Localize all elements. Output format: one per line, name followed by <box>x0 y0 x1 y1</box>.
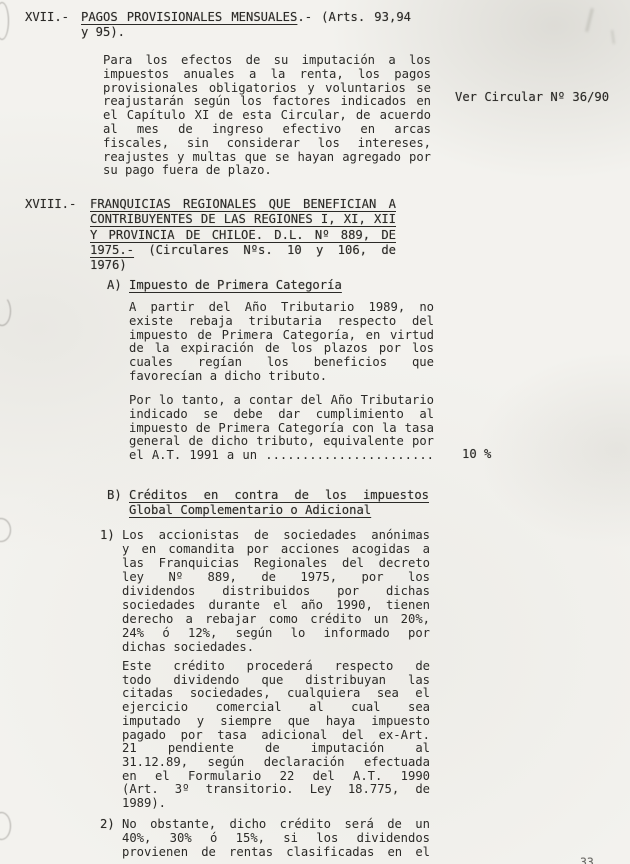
text-line: 31.12.89, según declaración efectuada <box>122 756 430 770</box>
text-line: Los accionistas de sociedades anónimas <box>122 528 430 542</box>
item-a-paragraph-2: Por lo tanto, a contar del Año Tributari… <box>129 394 434 463</box>
scan-artifact <box>0 296 11 326</box>
item-b-label: B) <box>107 488 122 502</box>
text-line: 40%, 30% ó 15%, si los dividendos <box>122 831 430 845</box>
text-line: 1976) <box>90 258 396 273</box>
text-line: reajustes y multas que se hayan agregado… <box>103 151 431 165</box>
text-line: impuesto de Primera Categoría con la tas… <box>129 422 434 436</box>
text-line: en el Formulario 22 del A.T. 1990 <box>122 770 430 784</box>
text-line: 1975.- (Circulares Nºs. 10 y 106, de <box>90 243 396 258</box>
text-line: Créditos en contra de los impuestos <box>129 488 429 503</box>
text-line: reajustarán según los factores indicados… <box>103 95 431 109</box>
scan-artifact <box>585 8 594 32</box>
text-line: indicado se debe dar cumplimiento al <box>129 408 434 422</box>
margin-note-rate: 10 % <box>462 447 491 461</box>
text-line: 1989). <box>122 797 430 811</box>
text-line: Impuesto de Primera Categoría <box>129 278 439 293</box>
text-line: sociedades durante el año 1990, tienen <box>122 598 430 612</box>
text-line: citadas sociedades, cualquiera sea el <box>122 687 430 701</box>
item-a-heading: Impuesto de Primera Categoría <box>129 278 439 293</box>
item-1-label: 1) <box>100 528 115 542</box>
margin-note-circular: Ver Circular Nº 36/90 <box>455 90 609 104</box>
text-line: Global Complementario o Adicional <box>129 503 429 518</box>
text-line: CONTRIBUYENTES DE LAS REGIONES I, XI, XI… <box>90 212 396 227</box>
text-line: derecho a rebajar como crédito un 20%, <box>122 612 430 626</box>
text-line: existe rebaja tributaria respecto del <box>129 315 434 329</box>
item-1-paragraph-1: Los accionistas de sociedades anónimasy … <box>122 528 430 654</box>
text-line: PAGOS PROVISIONALES MENSUALES.- (Arts. 9… <box>81 10 411 25</box>
text-line: 21 pendiente de imputación al <box>122 742 430 756</box>
text-line: ejercicio comercial al cual sea <box>122 701 430 715</box>
text-line: Este crédito procederá respecto de <box>122 660 430 674</box>
scan-artifact <box>0 2 9 40</box>
text-line: el Capítulo XI de esta Circular, de acue… <box>103 109 431 123</box>
text-line: de la expiración de los plazos por los <box>129 342 434 356</box>
text-line: A partir del Año Tributario 1989, no <box>129 301 434 315</box>
text-line: impuestos anuales a la renta, los pagos <box>103 68 431 82</box>
item-a-label: A) <box>107 278 122 292</box>
section-xviii-heading: FRANQUICIAS REGIONALES QUE BENEFICIAN AC… <box>90 197 396 273</box>
text-line: dividendos distribuidos por dichas <box>122 584 430 598</box>
text-line: pagado por tasa adicional del ex-Art. <box>122 729 430 743</box>
text-line: imputado y siempre que haya impuesto <box>122 715 430 729</box>
item-a-paragraph-1: A partir del Año Tributario 1989, noexis… <box>129 301 434 384</box>
document-page: XVII.- PAGOS PROVISIONALES MENSUALES.- (… <box>0 0 630 864</box>
section-xvii-label: XVII.- <box>25 10 69 24</box>
item-2-paragraph: No obstante, dicho crédito será de un40%… <box>122 817 430 859</box>
scan-artifact <box>0 518 11 542</box>
section-xvii-heading: PAGOS PROVISIONALES MENSUALES.- (Arts. 9… <box>81 10 411 40</box>
text-line: cuales regían los beneficios que <box>129 356 434 370</box>
page-number: 33 <box>580 855 594 864</box>
text-line: general de dicho tributo, equivalente po… <box>129 435 434 449</box>
text-line: el A.T. 1991 a un ......................… <box>129 449 434 463</box>
scan-artifact <box>611 30 615 44</box>
section-xviii-label: XVIII.- <box>25 197 76 211</box>
text-line: provisionales obligatorios y voluntarios… <box>103 82 431 96</box>
text-line: al mes de ingreso efectivo en arcas <box>103 123 431 137</box>
scan-artifact <box>0 812 11 840</box>
text-line: impuesto de Primera Categoría, en virtud <box>129 329 434 343</box>
text-line: favorecían a dicho tributo. <box>129 370 434 384</box>
text-line: y 95). <box>81 25 411 40</box>
item-b-heading: Créditos en contra de los impuestosGloba… <box>129 488 429 519</box>
item-2-label: 2) <box>100 817 115 831</box>
text-line: todo dividendo que distribuyan las <box>122 674 430 688</box>
text-line: Para los efectos de su imputación a los <box>103 54 431 68</box>
text-line: ley Nº 889, de 1975, por los <box>122 570 430 584</box>
text-line: Y PROVINCIA DE CHILOE. D.L. Nº 889, DE <box>90 228 396 243</box>
text-line: (Art. 3º transitorio. Ley 18.775, de <box>122 783 430 797</box>
text-line: las Franquicias Regionales del decreto <box>122 556 430 570</box>
item-1-paragraph-2: Este crédito procederá respecto detodo d… <box>122 660 430 811</box>
text-line: provienen de rentas clasificadas en el <box>122 845 430 859</box>
text-line: 24% ó 12%, según lo informado por <box>122 626 430 640</box>
text-line: fiscales, sin considerar los intereses, <box>103 137 431 151</box>
text-line: y en comandita por acciones acogidas a <box>122 542 430 556</box>
text-line: Por lo tanto, a contar del Año Tributari… <box>129 394 434 408</box>
text-line: dichas sociedades. <box>122 640 430 654</box>
section-xvii-paragraph: Para los efectos de su imputación a losi… <box>103 54 431 178</box>
text-line: su pago fuera de plazo. <box>103 164 431 178</box>
text-line: No obstante, dicho crédito será de un <box>122 817 430 831</box>
text-line: FRANQUICIAS REGIONALES QUE BENEFICIAN A <box>90 197 396 212</box>
